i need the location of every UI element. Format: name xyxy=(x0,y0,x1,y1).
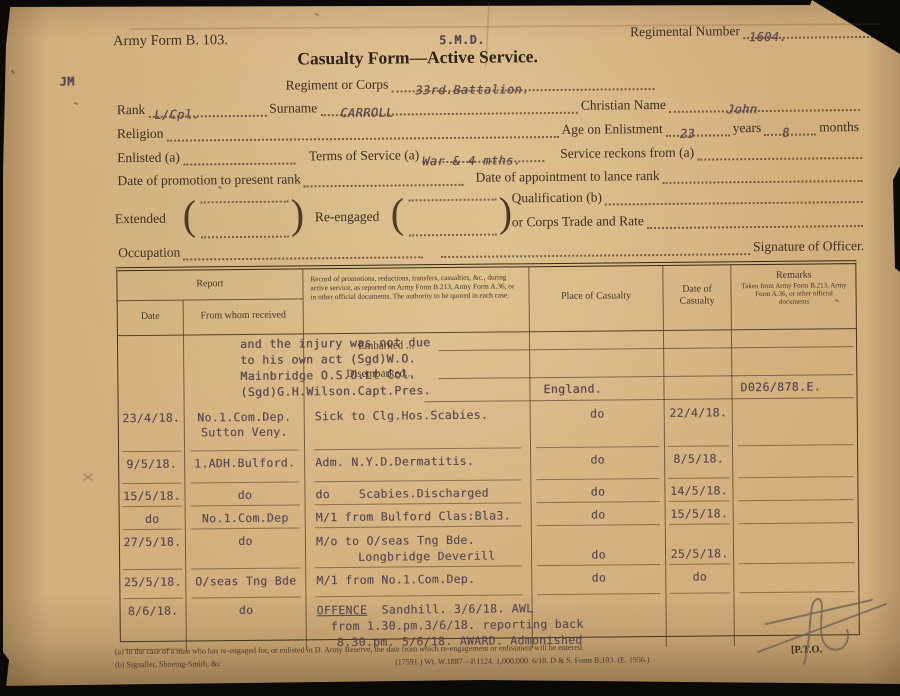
cell-date: 27/5/18. xyxy=(120,532,185,573)
lance-label: Date of appointment to lance rank xyxy=(476,168,660,186)
regiment-label: Regiment or Corps xyxy=(285,77,388,94)
cell-record: M/o to O/seas Tng Bde.Longbridge Deveril… xyxy=(305,528,531,570)
embarked-line xyxy=(438,346,853,351)
cell-remarks xyxy=(733,565,859,595)
cell-record: do Scabies.Discharged xyxy=(304,482,530,507)
reengaged-box xyxy=(409,198,497,237)
header-date-of-casualty: Date of Casualty xyxy=(662,265,731,330)
cell-remarks xyxy=(733,525,859,566)
header-date: Date xyxy=(118,301,183,336)
regimental-number-label: Regimental Number xyxy=(630,23,740,40)
cell-casualty-date xyxy=(665,595,733,647)
cell-from: do xyxy=(184,484,304,508)
age-label: Age on Enlistment xyxy=(561,121,662,138)
embark-place: England. xyxy=(543,382,602,397)
cell-place: do xyxy=(531,504,665,528)
months-label: months xyxy=(819,119,859,135)
embarked-label: Embarked ... xyxy=(358,339,414,352)
cell-casualty-date: 25/5/18. xyxy=(665,526,733,567)
promotion-label: Date of promotion to present rank xyxy=(117,171,300,189)
cell-date: 9/5/18. xyxy=(119,454,184,487)
cell-place: do xyxy=(530,481,664,505)
age-years-line: 23 xyxy=(666,121,730,137)
corps-trade-label: or Corps Trade and Rate xyxy=(512,213,644,230)
cell-record: M/1 from Bulford Clas:Bla3. xyxy=(305,505,531,530)
cell-place xyxy=(531,596,665,648)
rank-label: Rank xyxy=(117,102,146,118)
regimental-number-line: 1604. xyxy=(743,23,889,39)
regimental-number-value: 1604. xyxy=(749,30,787,44)
header-remarks-sub: Taken from Army Form B.213, Army Form A.… xyxy=(731,280,856,307)
header-remarks: Remarks Taken from Army Form B.213, Army… xyxy=(730,264,857,329)
casualty-table: Report Date From whom received Record of… xyxy=(116,260,860,642)
signature-label: Signature of Officer. xyxy=(753,238,864,255)
cell-casualty-date: 15/5/18. xyxy=(665,503,733,527)
disembarked-label: Disembarked... xyxy=(346,367,413,380)
cell-date: 8/6/18. xyxy=(120,601,185,653)
occupation-line xyxy=(183,243,423,260)
extended-brace-close: ) xyxy=(291,193,305,235)
extended-label: Extended xyxy=(115,211,166,227)
terms-value: War & 4 mths. xyxy=(422,153,521,168)
surname-value: CARROLL xyxy=(340,106,394,121)
age-years-value: 23 xyxy=(680,127,695,141)
enlisted-line xyxy=(183,149,295,165)
rank-line: L/Cpl. xyxy=(148,102,266,118)
cell-place: do xyxy=(531,567,665,597)
cell-place: do xyxy=(530,403,664,450)
cell-date: 25/5/18. xyxy=(120,572,185,602)
district-stamp: 5.M.D. xyxy=(439,33,485,47)
cell-date: 15/5/18. xyxy=(119,486,184,510)
table-row: 23/4/18. No.1.Com.Dep.Sutton Veny. Sick … xyxy=(119,401,857,454)
cell-casualty-date: 8/5/18. xyxy=(664,448,732,481)
cell-place: do xyxy=(530,449,664,482)
form-content: Army Form B. 103. 5.M.D. Casualty Form—A… xyxy=(0,0,900,696)
cell-date: do xyxy=(120,509,185,533)
form-number: Army Form B. 103. xyxy=(113,32,228,50)
reckons-line xyxy=(697,144,862,161)
header-from-whom: From whom received xyxy=(183,299,303,334)
corps-trade-line xyxy=(647,212,863,229)
header-place: Place of Casualty xyxy=(528,266,663,331)
cell-casualty-date: do xyxy=(665,566,733,596)
cell-remarks xyxy=(732,479,858,503)
printer-imprint: (17591.) Wt. W.1887—P.1124. 1,000,000. 6… xyxy=(395,655,650,666)
cell-record: OFFENCE Sandhill. 3/6/18. AWL from 1.30.… xyxy=(305,597,531,650)
rank-value: L/Cpl. xyxy=(154,107,200,121)
cell-casualty-date: 22/4/18. xyxy=(664,402,732,449)
cell-from: No.1.Com.Dep.Sutton Veny. xyxy=(184,406,304,453)
table-row: 8/6/18. do OFFENCE Sandhill. 3/6/18. AWL… xyxy=(120,594,858,646)
regiment-line: 33rd.Battalion. xyxy=(391,75,654,93)
christian-name-label: Christian Name xyxy=(581,97,666,114)
offence-word: OFFENCE xyxy=(317,603,368,617)
cell-from: O/seas Tng Bde xyxy=(185,570,305,600)
footnote-b: (b) Signaller, Shoeing-Smith, &c xyxy=(115,659,221,669)
cell-place: do xyxy=(531,527,665,568)
initials-stamp: JM xyxy=(59,75,74,89)
enlisted-label: Enlisted (a) xyxy=(117,150,180,167)
cell-remarks xyxy=(732,401,858,448)
religion-label: Religion xyxy=(117,126,164,142)
header-report: Report xyxy=(117,269,302,301)
terms-line: War & 4 mths. xyxy=(422,147,544,163)
surname-line: CARROLL xyxy=(320,99,578,116)
cell-date: 23/4/18. xyxy=(119,408,184,455)
signature-line xyxy=(441,240,750,258)
cell-record: Sick to Clg.Hos.Scabies. xyxy=(304,404,530,452)
reckons-label: Service reckons from (a) xyxy=(560,145,694,162)
occupation-label: Occupation xyxy=(118,245,180,262)
age-months-value: 8 xyxy=(782,126,790,140)
extended-box xyxy=(201,200,289,239)
cell-from: do xyxy=(185,530,305,571)
promotion-line xyxy=(304,171,464,188)
cell-casualty-date: 14/5/18. xyxy=(664,480,732,504)
qualification-line xyxy=(605,188,863,205)
cell-remarks xyxy=(733,594,859,646)
cell-record: M/1 from No.1.Com.Dep. xyxy=(305,568,531,599)
religion-line xyxy=(166,123,558,142)
qualification-label: Qualification (b) xyxy=(512,190,602,207)
cell-from: do xyxy=(185,599,305,651)
cell-remarks xyxy=(732,447,858,480)
regiment-value: 33rd.Battalion. xyxy=(415,82,530,97)
christian-name-value: John xyxy=(727,102,758,116)
disembarked-line xyxy=(438,374,853,379)
embark-remarks: D026/878.E. xyxy=(740,379,821,394)
form-title: Casualty Form—Active Service. xyxy=(297,46,538,69)
table-row: 27/5/18. do M/o to O/seas Tng Bde.Longbr… xyxy=(120,525,858,572)
table-row-embark: and the injury was not due to his own ac… xyxy=(118,329,857,408)
cell-record: Adm. N.Y.D.Dermatitis. xyxy=(304,450,530,484)
christian-name-line: John xyxy=(669,96,860,113)
reengaged-label: Re-engaged xyxy=(315,209,380,226)
reengaged-brace-open: ( xyxy=(391,192,405,234)
pto-label: [P.T.O. xyxy=(791,644,822,655)
table-header: Report Date From whom received Record of… xyxy=(117,264,856,336)
extended-brace-open: ( xyxy=(183,194,197,236)
lance-line xyxy=(663,167,863,184)
scanned-document: { "colors": { "scan_background": "#0c0a0… xyxy=(0,0,900,696)
cell-from: 1.ADH.Bulford. xyxy=(184,452,304,485)
cell-from: No.1.Com.Dep xyxy=(185,507,305,531)
header-record: Record of promotions, reductions, transf… xyxy=(302,267,529,333)
cell-remarks xyxy=(733,502,859,526)
age-months-line: 8 xyxy=(764,120,816,135)
years-label: years xyxy=(733,120,762,136)
terms-label: Terms of Service (a) xyxy=(309,147,420,164)
surname-label: Surname xyxy=(269,100,317,116)
